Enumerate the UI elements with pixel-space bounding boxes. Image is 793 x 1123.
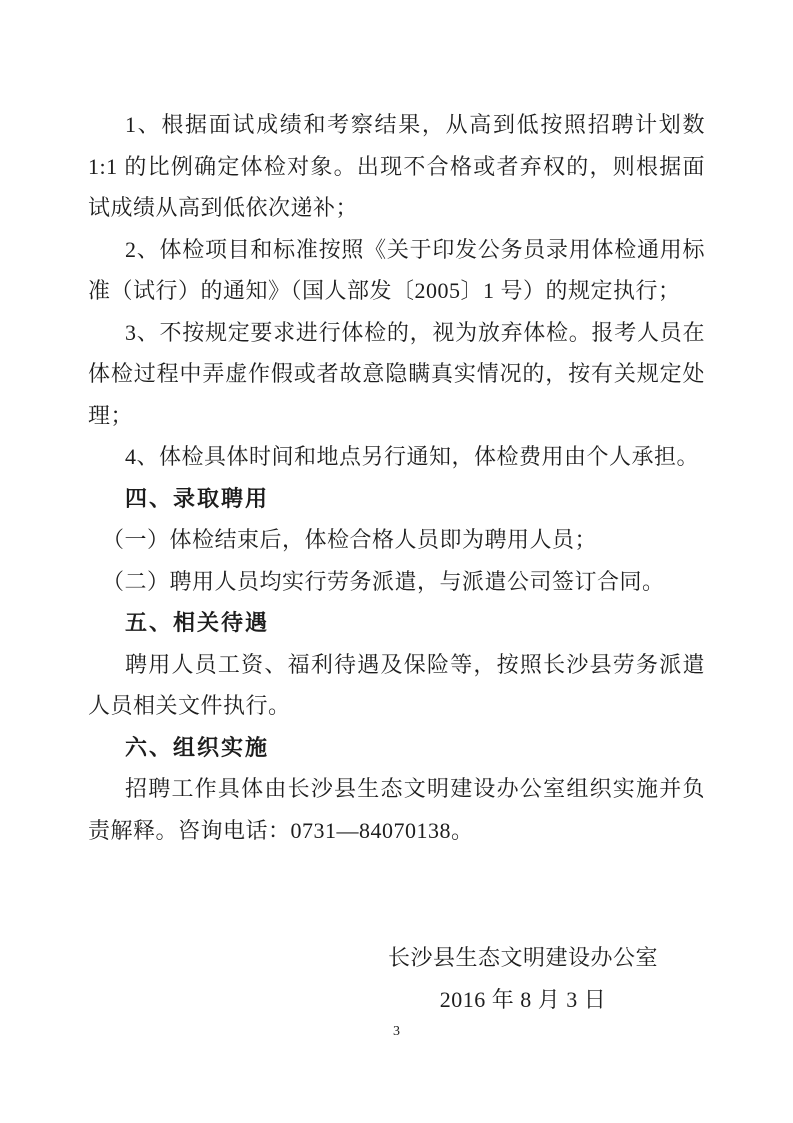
paragraph-recruitment-item-2: （二）聘用人员均实行劳务派遣，与派遣公司签订合同。: [88, 561, 705, 603]
paragraph-medical-check-1: 1、根据面试成绩和考察结果，从高到低按照招聘计划数 1:1 的比例确定体检对象。…: [88, 104, 705, 229]
paragraph-medical-check-3: 3、不按规定要求进行体检的，视为放弃体检。报考人员在体检过程中弄虚作假或者故意隐…: [88, 312, 705, 437]
paragraph-medical-check-4: 4、体检具体时间和地点另行通知，体检费用由个人承担。: [88, 436, 705, 478]
document-page: 1、根据面试成绩和考察结果，从高到低按照招聘计划数 1:1 的比例确定体检对象。…: [0, 0, 793, 1123]
paragraph-recruitment-item-1: （一）体检结束后，体检合格人员即为聘用人员；: [88, 519, 705, 561]
page-number: 3: [0, 1022, 793, 1042]
signature-date: 2016 年 8 月 3 日: [388, 979, 658, 1021]
section-heading-6-implementation: 六、组织实施: [88, 727, 705, 769]
signature-inner: 长沙县生态文明建设办公室 2016 年 8 月 3 日: [388, 937, 658, 1020]
section-heading-4-recruitment: 四、录取聘用: [88, 478, 705, 520]
paragraph-benefits: 聘用人员工资、福利待遇及保险等，按照长沙县劳务派遣人员相关文件执行。: [88, 644, 705, 727]
signature-block: 长沙县生态文明建设办公室 2016 年 8 月 3 日: [88, 937, 705, 1020]
paragraph-implementation: 招聘工作具体由长沙县生态文明建设办公室组织实施并负责解释。咨询电话：0731—8…: [88, 768, 705, 851]
paragraph-medical-check-2: 2、体检项目和标准按照《关于印发公务员录用体检通用标准（试行）的通知》（国人部发…: [88, 229, 705, 312]
section-heading-5-benefits: 五、相关待遇: [88, 602, 705, 644]
signature-organization: 长沙县生态文明建设办公室: [388, 937, 658, 979]
